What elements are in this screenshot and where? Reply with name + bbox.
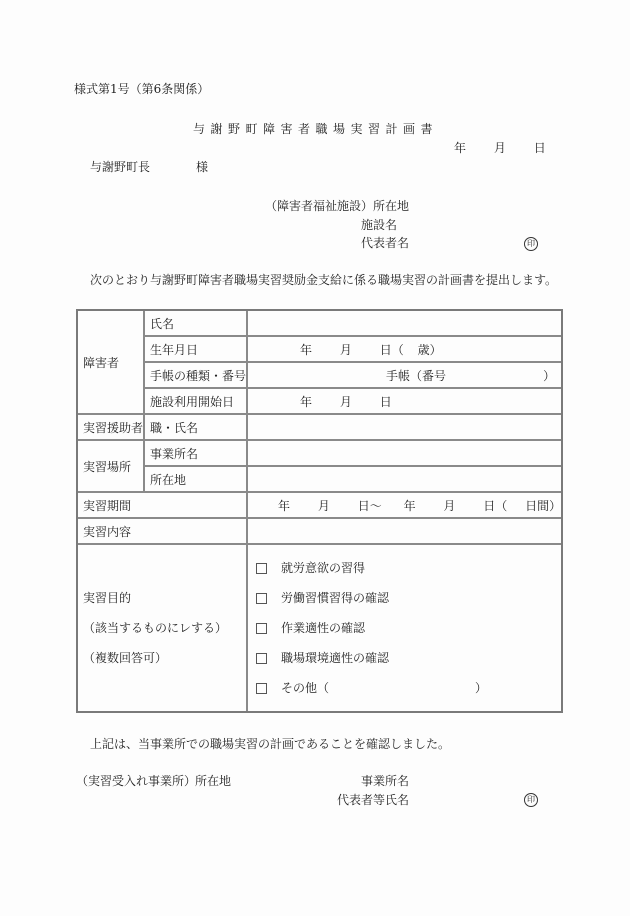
checkbox-icon[interactable] bbox=[256, 683, 267, 694]
content-field[interactable] bbox=[248, 519, 561, 545]
place-address-field[interactable] bbox=[248, 467, 561, 493]
place-address-label: 所在地 bbox=[145, 467, 248, 493]
purpose-options: 就労意欲の習得 労働習慣習得の確認 作業適性の確認 職場環境適性の確認 その他（… bbox=[248, 545, 561, 711]
date-month: 月 bbox=[494, 141, 506, 155]
purpose-label-cell: 実習目的 （該当するものにレする） （複数回答可） bbox=[78, 545, 248, 711]
receiver-address-label: 所在地 bbox=[195, 774, 231, 788]
facility-start-field[interactable]: 年 月 日 bbox=[248, 389, 561, 415]
purpose-note-multiple: （複数回答可） bbox=[83, 643, 246, 673]
plan-table: 障害者 氏名 生年月日 年 月 日（ 歳） 手帳の種類・番号 手帳（番号 ） 施… bbox=[76, 309, 563, 713]
document-title: 与謝野町障害者職場実習計画書 bbox=[193, 122, 438, 136]
purpose-option-0[interactable]: 就労意欲の習得 bbox=[253, 553, 561, 583]
assistant-group-label: 実習援助者 bbox=[78, 415, 145, 441]
applicant-representative-label: 代表者名 bbox=[361, 236, 409, 250]
confirmation-text: 上記は、当事業所での職場実習の計画であることを確認しました。 bbox=[90, 737, 450, 751]
period-field[interactable]: 年 月 日～ 年 月 日（ 日間） bbox=[248, 493, 561, 519]
receiver-office-label: 事業所名 bbox=[361, 774, 409, 788]
purpose-note-check: （該当するものにレする） bbox=[83, 613, 246, 643]
purpose-option-3[interactable]: 職場環境適性の確認 bbox=[253, 643, 561, 673]
applicant-facility-label: 施設名 bbox=[361, 218, 397, 232]
place-group-label: 実習場所 bbox=[78, 441, 145, 493]
handbook-label: 手帳の種類・番号 bbox=[145, 363, 248, 389]
receiver-org-type: （実習受入れ事業所） bbox=[76, 774, 196, 788]
handbook-field[interactable]: 手帳（番号 ） bbox=[248, 363, 561, 389]
applicant-seal: 印 bbox=[524, 237, 538, 251]
intro-text: 次のとおり与謝野町障害者職場実習奨励金支給に係る職場実習の計画書を提出します。 bbox=[90, 273, 557, 287]
checkbox-icon[interactable] bbox=[256, 653, 267, 664]
addressee: 与謝野町長 bbox=[90, 160, 150, 174]
assistant-label: 職・氏名 bbox=[145, 415, 248, 441]
receiver-representative-label: 代表者等氏名 bbox=[337, 793, 409, 807]
date-year: 年 bbox=[454, 141, 466, 155]
facility-start-label: 施設利用開始日 bbox=[145, 389, 248, 415]
birth-label: 生年月日 bbox=[145, 337, 248, 363]
checkbox-icon[interactable] bbox=[256, 593, 267, 604]
birth-field[interactable]: 年 月 日（ 歳） bbox=[248, 337, 561, 363]
content-label: 実習内容 bbox=[78, 519, 248, 545]
office-name-label: 事業所名 bbox=[145, 441, 248, 467]
receiver-seal: 印 bbox=[524, 793, 538, 807]
header-date: 年 月 日 bbox=[454, 141, 546, 155]
purpose-option-2[interactable]: 作業適性の確認 bbox=[253, 613, 561, 643]
office-name-field[interactable] bbox=[248, 441, 561, 467]
purpose-option-1[interactable]: 労働習慣習得の確認 bbox=[253, 583, 561, 613]
applicant-org-type: （障害者福祉施設）所在地 bbox=[265, 199, 409, 213]
name-label: 氏名 bbox=[145, 311, 248, 337]
checkbox-icon[interactable] bbox=[256, 563, 267, 574]
form-number: 様式第1号（第6条関係） bbox=[74, 82, 209, 96]
assistant-field[interactable] bbox=[248, 415, 561, 441]
checkbox-icon[interactable] bbox=[256, 623, 267, 634]
name-field[interactable] bbox=[248, 311, 561, 337]
disabled-person-group-label: 障害者 bbox=[78, 311, 145, 415]
date-day: 日 bbox=[534, 141, 546, 155]
applicant-address-label: 所在地 bbox=[373, 199, 409, 213]
purpose-option-other[interactable]: その他（） bbox=[253, 673, 561, 703]
honorific: 様 bbox=[196, 160, 208, 174]
period-label: 実習期間 bbox=[78, 493, 248, 519]
purpose-label: 実習目的 bbox=[83, 583, 246, 613]
